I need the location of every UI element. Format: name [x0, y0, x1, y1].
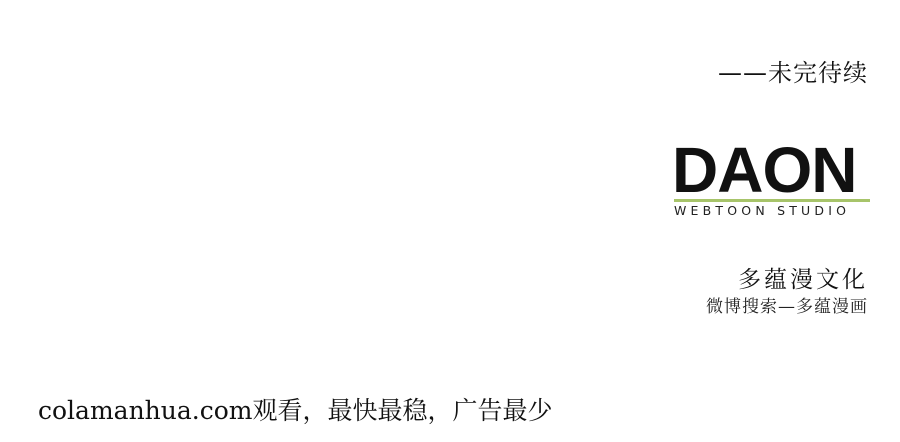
- site-watermark: colamanhua.com观看，最快最稳，广告最少: [38, 394, 552, 428]
- logo-wordmark: DAON: [672, 140, 872, 200]
- daon-webtoon-studio-logo: DAON WEBTOON STUDIO: [672, 140, 872, 220]
- logo-accent-bar: [674, 199, 870, 202]
- studio-credit: 多蕴漫文化 微博搜索—多蕴漫画: [706, 265, 868, 319]
- studio-name: 多蕴漫文化: [706, 265, 868, 295]
- logo-subtitle: WEBTOON STUDIO: [674, 204, 874, 218]
- to-be-continued-text: ——未完待续: [718, 58, 868, 88]
- weibo-search-text: 微博搜索—多蕴漫画: [706, 295, 868, 319]
